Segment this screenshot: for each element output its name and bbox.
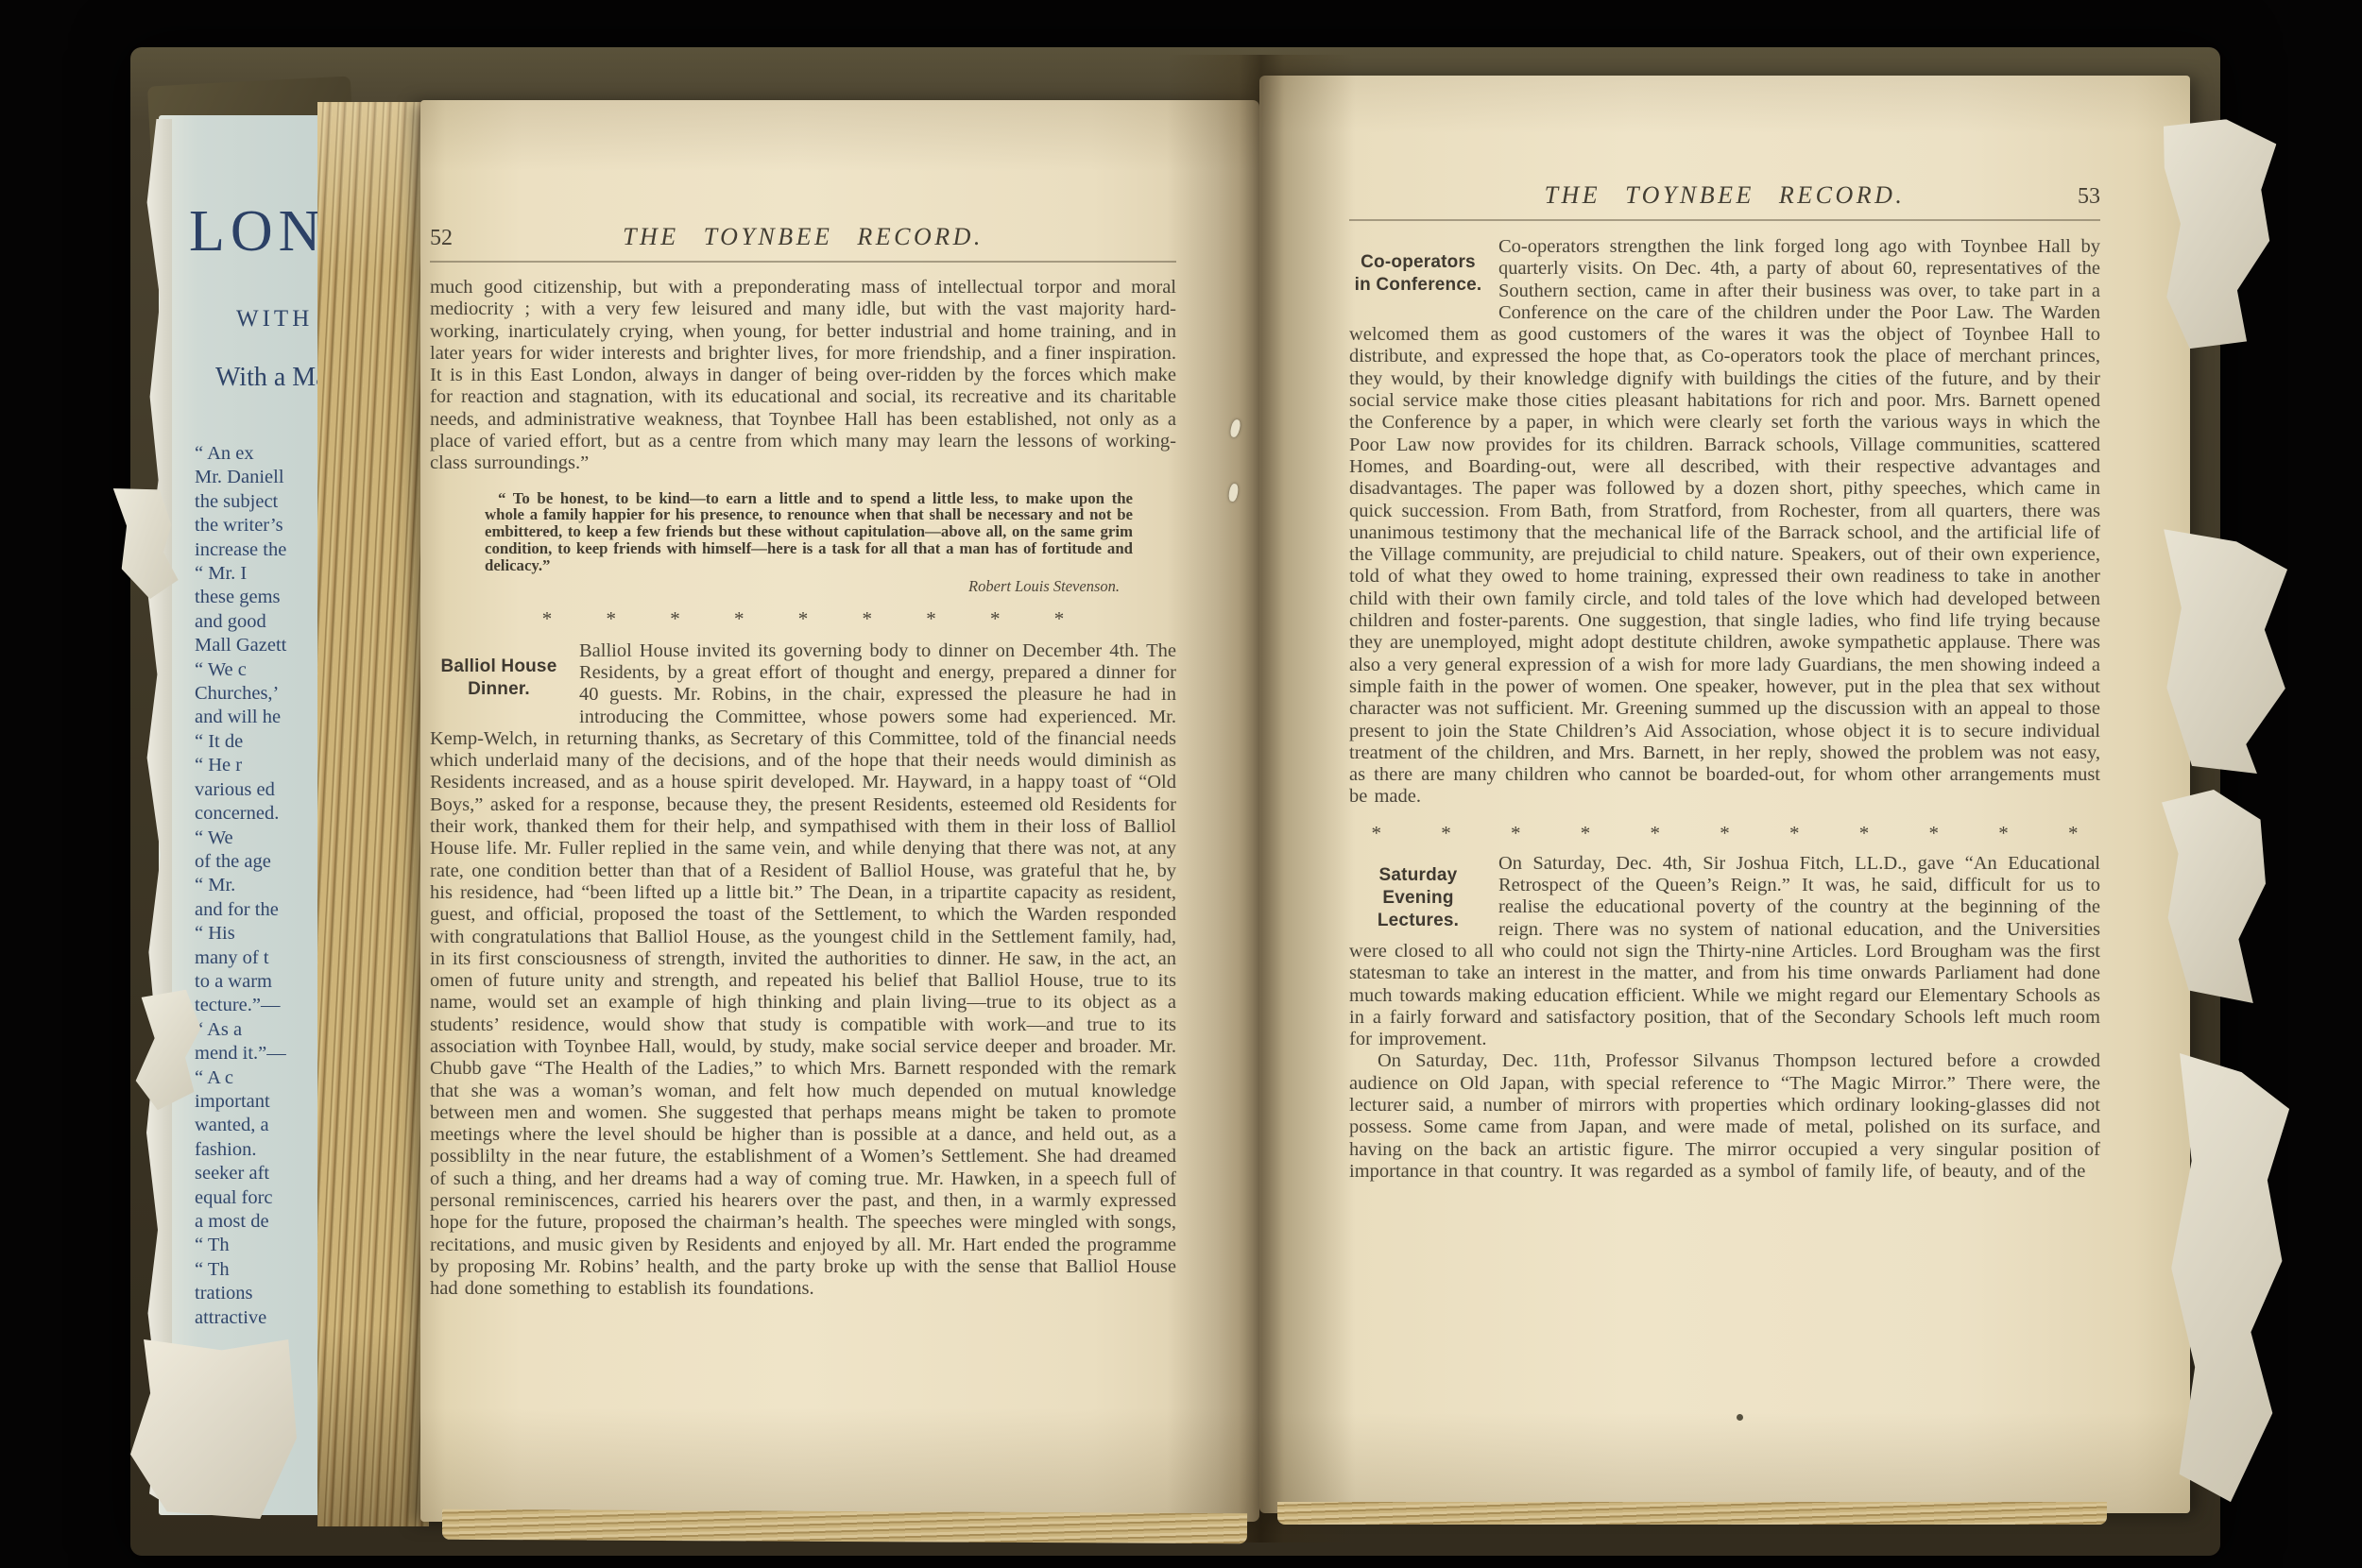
saturday-evening-lectures-section: Saturday Evening Lectures. On Saturday, … <box>1349 853 2100 1051</box>
right-page-number: 53 <box>2034 184 2100 210</box>
section-divider-asterisks: * * * * * * * * * <box>430 607 1176 631</box>
adjacent-page-title: LON <box>189 198 326 265</box>
adjacent-page-subtitle: WITH <box>236 306 313 332</box>
co-operators-conference-section: Co-operators in Conference. Co-operators… <box>1349 236 2100 809</box>
running-title: THE TOYNBEE RECORD. <box>1415 181 2034 210</box>
adjacent-page-review-text: “ An ex Mr. Daniell the subject the writ… <box>195 442 336 1338</box>
balliol-house-paragraph: Balliol House invited its governing body… <box>430 640 1176 1301</box>
sidenote-co-operators-in-conference: Co-operators in Conference. <box>1349 251 1487 297</box>
bottom-page-edges <box>1277 1502 2107 1525</box>
quote-attribution: Robert Louis Stevenson. <box>485 577 1120 596</box>
sidenote-saturday-evening-lectures: Saturday Evening Lectures. <box>1349 864 1487 932</box>
stevenson-quote-block: “ To be honest, to be kind—to earn a lit… <box>485 490 1133 596</box>
sidenote-balliol-house-dinner: Balliol House Dinner. <box>430 656 568 701</box>
intro-paragraph: much good citizenship, but with a prepon… <box>430 277 1176 475</box>
quote-text: “ To be honest, to be kind—to earn a lit… <box>485 490 1133 574</box>
magic-mirror-paragraph: On Saturday, Dec. 11th, Professor Silvan… <box>1349 1050 2100 1183</box>
left-page-header: 52 THE TOYNBEE RECORD. <box>430 223 1176 251</box>
co-operators-paragraph: Co-operators strengthen the link forged … <box>1349 236 2100 809</box>
torn-paper-curl <box>130 1339 297 1519</box>
right-page-header: THE TOYNBEE RECORD. 53 <box>1349 181 2100 210</box>
header-rule <box>430 261 1176 263</box>
left-page: 52 THE TOYNBEE RECORD. much good citizen… <box>420 100 1259 1522</box>
right-page-content: THE TOYNBEE RECORD. 53 Co-operators in C… <box>1349 76 2100 1513</box>
photo-of-open-book: LON WITH With a Map “ An ex Mr. Daniell … <box>0 0 2362 1568</box>
left-page-content: 52 THE TOYNBEE RECORD. much good citizen… <box>430 100 1176 1522</box>
left-page-number: 52 <box>430 226 496 251</box>
page-stack-fore-edge <box>317 102 429 1526</box>
balliol-house-dinner-section: Balliol House Dinner. Balliol House invi… <box>430 640 1176 1301</box>
section-divider-asterisks: * * * * * * * * * * * <box>1349 822 2100 845</box>
ink-speck <box>1737 1414 1743 1421</box>
header-rule <box>1349 219 2100 221</box>
bottom-page-edges <box>442 1509 1247 1543</box>
running-title: THE TOYNBEE RECORD. <box>496 223 1110 251</box>
right-page: THE TOYNBEE RECORD. 53 Co-operators in C… <box>1259 76 2190 1513</box>
